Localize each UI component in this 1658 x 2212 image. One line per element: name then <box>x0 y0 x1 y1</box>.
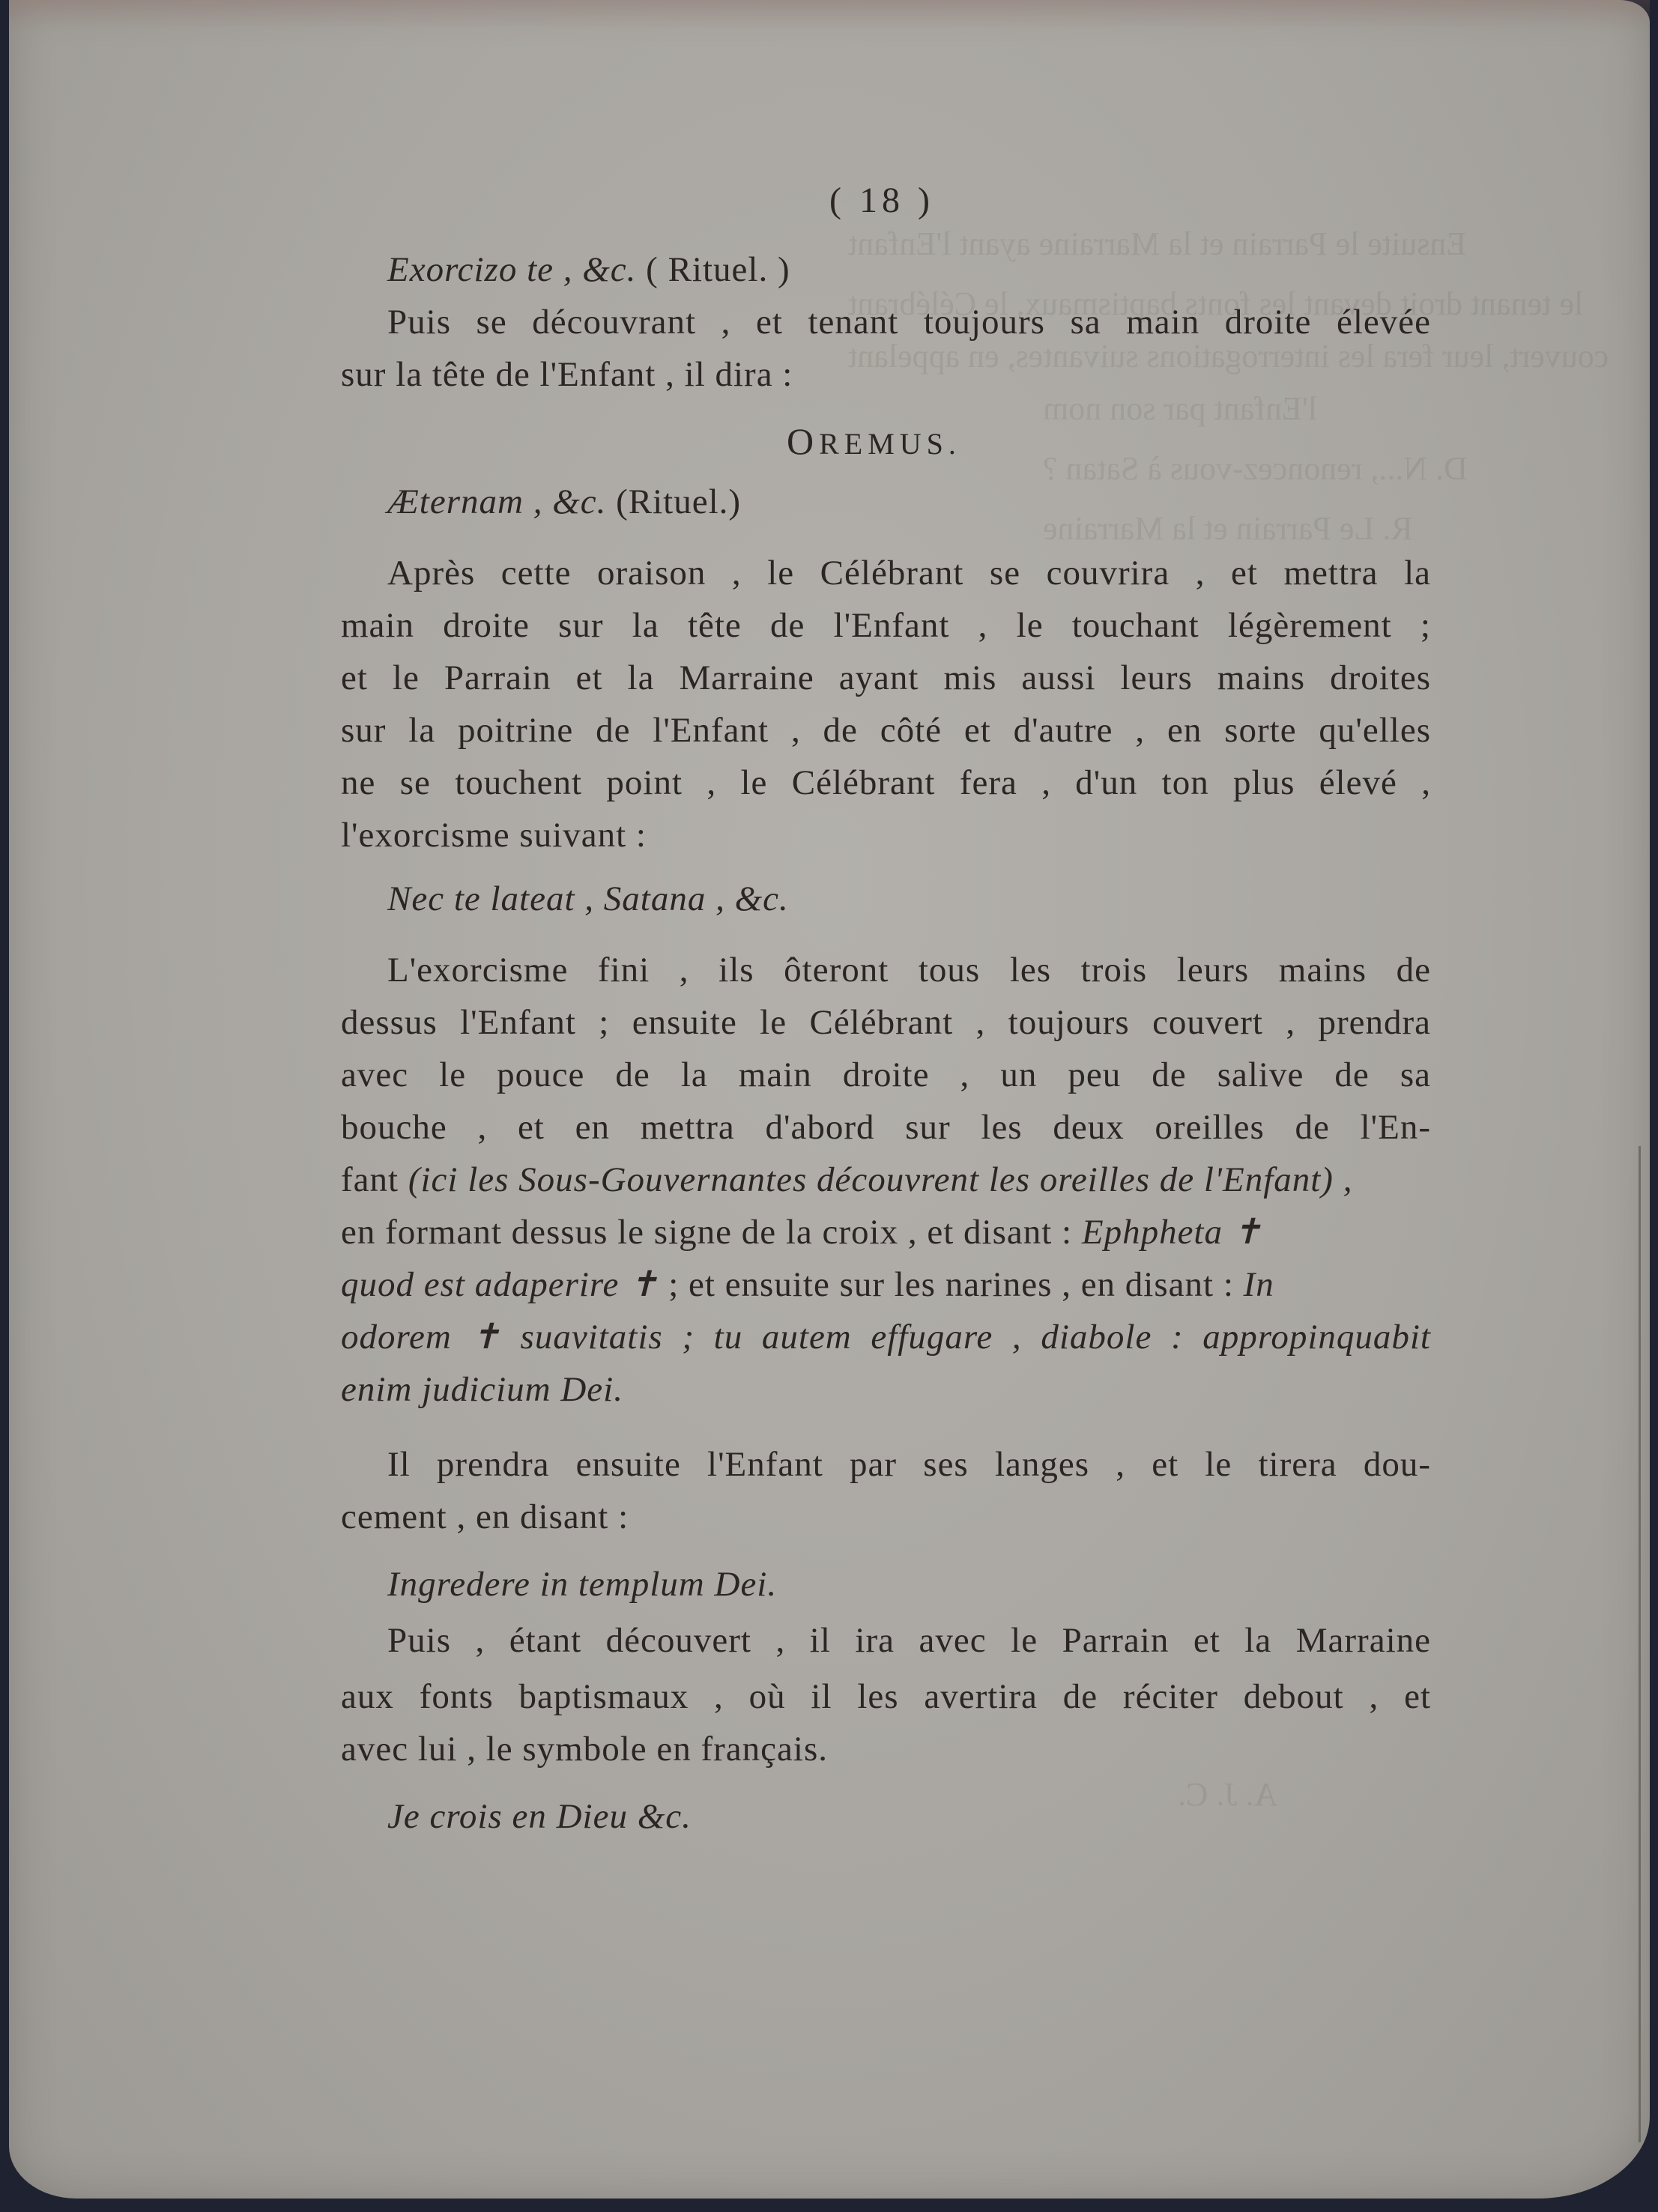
latin-incipit: Æternam , &c. <box>387 482 606 521</box>
text-fragment: fant <box>341 1160 408 1199</box>
latin-formula: Ephpheta ✝ <box>1082 1213 1262 1252</box>
text-line: et le Parrain et la Marraine ayant mis a… <box>341 655 1431 700</box>
text-line: quod est adaperire ✝ ; et ensuite sur le… <box>341 1262 1274 1307</box>
heading-rest: REMUS. <box>819 427 961 461</box>
text-line: main droite sur la tête de l'Enfant , le… <box>341 603 1431 648</box>
latin-incipit: Nec te lateat , Satana , &c. <box>387 876 789 921</box>
bleed-through-text: l'Enfant par son nom <box>1043 390 1317 428</box>
rubric-reference: (Rituel.) <box>606 482 741 521</box>
latin-formula: odorem ✝ suavitatis ; tu autem effugare … <box>341 1315 1431 1360</box>
stage-direction: (ici les Sous-Gouvernantes découvrent le… <box>408 1160 1353 1199</box>
bleed-through-text: D. N..., renoncez-vous à Satan ? <box>1043 449 1468 488</box>
text-line: avec le pouce de la main droite , un peu… <box>341 1052 1431 1097</box>
scanned-page-photo: Ensuite le Parrain et la Marraine ayant … <box>0 0 1658 2212</box>
text-line: aux fonts baptismaux , où il les avertir… <box>341 1674 1431 1719</box>
page-number: ( 18 ) <box>818 180 946 221</box>
oremus-heading: OREMUS. <box>787 419 961 463</box>
text-line: Puis se découvrant , et tenant toujours … <box>387 300 1431 345</box>
text-line: sur la poitrine de l'Enfant , de côté et… <box>341 708 1431 753</box>
text-line: Après cette oraison , le Célébrant se co… <box>387 551 1431 596</box>
text-line: ne se touchent point , le Célébrant fera… <box>341 760 1431 805</box>
paper-page: Ensuite le Parrain et la Marraine ayant … <box>9 0 1650 2199</box>
latin-formula: In <box>1244 1265 1274 1304</box>
latin-incipit: Ingredere in templum Dei. <box>387 1562 777 1607</box>
text-line: Æternam , &c. (Rituel.) <box>387 479 741 524</box>
latin-formula: enim judicium Dei. <box>341 1367 623 1412</box>
text-line: sur la tête de l'Enfant , il dira : <box>341 352 793 397</box>
text-fragment: ; et ensuite sur les narines , en disant… <box>659 1265 1243 1304</box>
text-line: Puis , étant découvert , il ira avec le … <box>387 1618 1431 1663</box>
text-line: dessus l'Enfant ; ensuite le Célébrant ,… <box>341 1000 1431 1045</box>
rubric-reference: ( Rituel. ) <box>636 250 790 289</box>
latin-incipit: Exorcizo te , &c. <box>387 250 636 289</box>
text-line: cement , en disant : <box>341 1494 629 1539</box>
bleed-through-text: Ensuite le Parrain et la Marraine ayant … <box>848 225 1466 263</box>
text-line: en formant dessus le signe de la croix ,… <box>341 1210 1262 1255</box>
text-line: Il prendra ensuite l'Enfant par ses lang… <box>387 1442 1431 1487</box>
text-line: Exorcizo te , &c. ( Rituel. ) <box>387 247 790 292</box>
latin-formula: quod est adaperire ✝ <box>341 1265 659 1304</box>
latin-incipit: Je crois en Dieu &c. <box>387 1794 692 1839</box>
text-line: bouche , et en mettra d'abord sur les de… <box>341 1105 1431 1150</box>
text-line: fant (ici les Sous-Gouvernantes découvre… <box>341 1157 1352 1202</box>
text-line: L'exorcisme fini , ils ôteront tous les … <box>387 948 1431 993</box>
bleed-through-text: R. Le Parrain et la Marraine <box>1043 509 1413 548</box>
bleed-through-text: A. J. C. <box>1178 1775 1277 1813</box>
text-fragment: en formant dessus le signe de la croix ,… <box>341 1213 1082 1252</box>
text-line: l'exorcisme suivant : <box>341 813 647 858</box>
heading-initial: O <box>787 420 819 462</box>
text-line: avec lui , le symbole en français. <box>341 1727 828 1772</box>
page-fold-line <box>1639 1146 1641 2142</box>
